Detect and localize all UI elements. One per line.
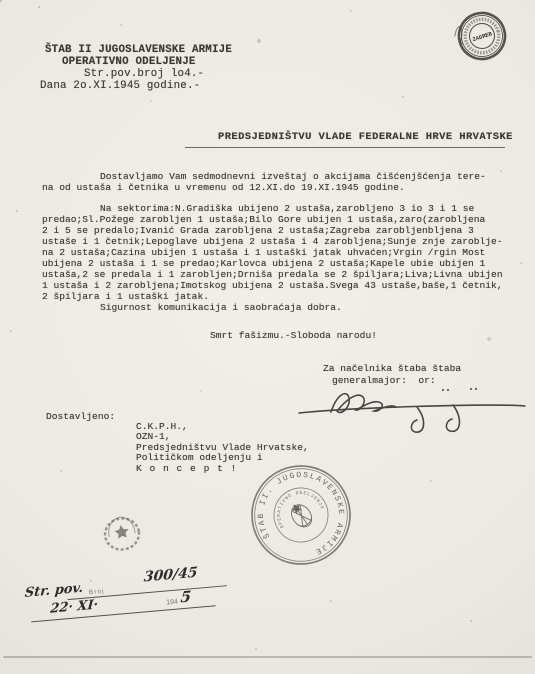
para2-line: Na sektorima:N.Gradiška ubijeno 2 ustaša… — [100, 203, 474, 214]
letterhead-date: Dana 2o.XI.1945 godine.- — [40, 81, 200, 92]
letterhead-ref-number: Str.pov.broj lo4.- — [84, 69, 204, 80]
signature-handwriting — [295, 382, 530, 440]
letterhead-unit: ŠTAB II JUGOSLAVENSKE ARMIJE — [45, 45, 232, 56]
wreath-stamp-graphic — [93, 507, 151, 562]
slogan-line: Smrt fašizmu.-Sloboda narodu! — [210, 330, 377, 341]
wreath-stamp — [93, 507, 151, 562]
registry-broj-print: Broj — [89, 588, 105, 596]
para2-line: ustaša,2 se predala i 1 zarobljen;Drniša… — [42, 269, 503, 280]
para1-line: Dostavljamo Vam sedmodnevni izveštaj o a… — [100, 171, 486, 182]
distribution-label: Dostavljeno: — [46, 411, 115, 422]
para2-line: predao;Sl.Požege zarobljen 1 ustaša;Bilo… — [42, 214, 485, 225]
registry-number-handwriting: 300/45 — [143, 565, 198, 586]
wreath-star-icon — [114, 524, 130, 539]
para1-line: na od ustaša i četnika u vremenu od 12.X… — [42, 182, 405, 193]
letterhead-section: OPERATIVNO ODELJENJE — [62, 57, 196, 68]
para2-line: ustaše i 1 četnik;Lepoglave ubijena 2 us… — [42, 236, 503, 247]
receipt-stamp-city: ZAGREB — [472, 30, 494, 43]
signatory-title: Za načelnika štaba štaba — [323, 363, 461, 374]
para2-line: ubijena 2 ustaša i 1 se predao;Karlovca … — [42, 258, 485, 269]
para2-line: 2 i 5 se predalo;Ivanić Grada zarobljena… — [42, 225, 474, 236]
para2-line: na 2 ustaša;Cazina ubijen 1 ustaša i 1 u… — [42, 247, 485, 258]
scanned-letter-page: ŠTAB II JUGOSLAVENSKE ARMIJE OPERATIVNO … — [0, 0, 535, 674]
receipt-stamp-graphic: ZAGREB — [444, 0, 520, 74]
registry-year-print: 194 — [166, 599, 178, 607]
addressee-underline — [185, 147, 505, 148]
registry-date-handwriting: 22· XI· — [50, 597, 99, 616]
security-note: Sigurnost komunikacija i saobraćaja dobr… — [100, 302, 342, 313]
addressee-line: PREDSJEDNIŠTVU VLADE FEDERALNE HRVE HRVA… — [218, 132, 513, 143]
para2-line: 2 špiljara i 1 ustaški jatak. — [42, 291, 209, 302]
para2-line: 1 ustaša i 2 zarobljena;Imotskog ubijena… — [42, 280, 503, 291]
registry-year-digit-handwriting: 5 — [180, 587, 192, 606]
state-emblem-icon — [287, 501, 316, 531]
signature-graphic — [295, 382, 530, 440]
registry-note: Str. pov. Broj 300/45 22· XI· 194 5 — [16, 566, 260, 639]
paper-bottom-edge — [3, 656, 532, 658]
scan-noise — [0, 0, 2, 2]
receipt-stamp: ZAGREB — [444, 0, 520, 74]
